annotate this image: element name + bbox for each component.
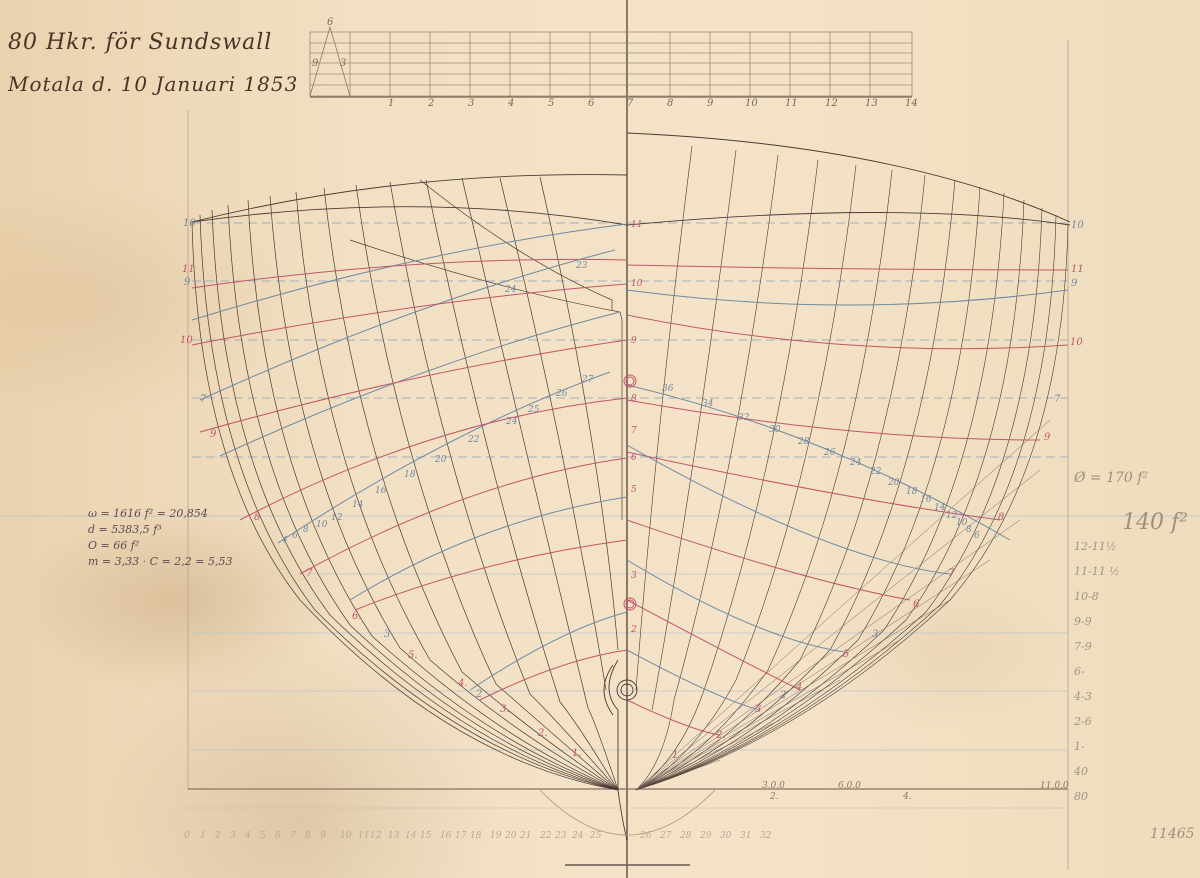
svg-text:21: 21 [519,831,531,841]
svg-text:28: 28 [679,831,692,841]
svg-text:27: 27 [581,375,594,385]
svg-text:3: 3 [755,704,761,715]
svg-text:20: 20 [504,831,517,841]
svg-text:10: 10 [183,218,196,229]
svg-text:4: 4 [281,536,288,546]
svg-text:26: 26 [555,389,568,399]
svg-text:3.0.0: 3.0.0 [762,781,785,791]
svg-text:6: 6 [327,17,334,28]
offset-item: 9-9 [1074,609,1120,634]
svg-text:11: 11 [358,831,369,841]
svg-text:27: 27 [659,831,672,841]
svg-text:7: 7 [1054,394,1061,405]
svg-text:31: 31 [740,831,751,841]
svg-text:12: 12 [825,98,838,109]
svg-text:9: 9 [312,58,319,69]
svg-text:2: 2 [214,831,221,841]
offset-item: 10-8 [1074,584,1120,609]
svg-text:3: 3 [872,629,878,640]
svg-text:9: 9 [631,336,637,346]
svg-text:3: 3 [468,98,474,109]
svg-text:11: 11 [182,264,195,275]
right-diagonal-marks: 363432 302826 242220 181614 12108 6 [662,384,980,541]
svg-text:10: 10 [1071,220,1084,231]
svg-text:11: 11 [1071,264,1084,275]
svg-text:8: 8 [254,512,260,523]
svg-text:10: 10 [1070,337,1083,348]
svg-text:24: 24 [504,285,517,295]
offset-item: 11-11 ½ [1074,559,1120,584]
svg-text:28: 28 [797,437,810,447]
svg-text:24: 24 [505,417,518,427]
sheer-lines [192,133,1070,225]
svg-text:11.0.0: 11.0.0 [1040,781,1069,791]
svg-text:2: 2 [475,689,482,700]
svg-text:1: 1 [388,98,394,109]
svg-text:6: 6 [292,531,298,541]
svg-text:34: 34 [702,399,714,409]
svg-text:24: 24 [849,458,862,468]
svg-text:10: 10 [340,831,352,841]
svg-text:1: 1 [672,750,678,761]
note-displacement-area: ω = 1616 f² = 20,854 [88,506,232,522]
right-radial-lines [636,420,1050,790]
svg-text:8: 8 [998,512,1004,523]
svg-text:2: 2 [779,690,786,701]
svg-text:8: 8 [631,394,637,404]
left-station-lines [192,177,622,790]
svg-text:11: 11 [631,220,642,230]
note-displacement-volume: d = 5383,5 f³ [88,522,232,538]
calculation-notes: ω = 1616 f² = 20,854 d = 5383,5 f³ O = 6… [88,506,232,570]
svg-text:9: 9 [1044,432,1051,443]
svg-text:6: 6 [974,531,980,541]
svg-text:10: 10 [745,98,758,109]
svg-text:5: 5 [843,649,849,660]
offset-item: 1- [1074,734,1120,759]
svg-text:3.: 3. [500,704,510,715]
svg-text:5: 5 [631,485,637,495]
svg-text:5: 5 [260,831,266,841]
svg-text:32: 32 [738,413,750,423]
svg-text:22: 22 [539,831,552,841]
note-metacenter: m = 3,33 · C = 2,2 = 5,53 [88,554,232,570]
svg-text:9: 9 [210,429,217,440]
svg-text:10: 10 [316,520,328,530]
svg-text:7: 7 [290,831,296,841]
svg-text:5.: 5. [408,650,418,661]
note-area: O = 66 f² [88,538,232,554]
svg-text:16: 16 [920,495,932,505]
svg-text:10: 10 [180,335,193,346]
offset-item: 12-11½ [1074,534,1120,559]
svg-text:2: 2 [427,98,434,109]
svg-text:18: 18 [404,470,416,480]
svg-text:19: 19 [490,831,502,841]
svg-text:18: 18 [906,487,918,497]
svg-text:7: 7 [627,98,634,109]
svg-text:6: 6 [913,599,920,610]
offset-item: 6- [1074,659,1120,684]
svg-text:8: 8 [667,98,673,109]
svg-text:23: 23 [554,831,567,841]
svg-text:13: 13 [388,831,400,841]
offset-item: 7-9 [1074,634,1120,659]
svg-text:25: 25 [589,831,602,841]
svg-text:3: 3 [631,571,637,581]
svg-text:6.: 6. [352,611,362,622]
svg-text:12: 12 [331,513,343,523]
baseline-labels: 3.0.0 2. 6.0.0 4. 11.0.0 [762,781,1069,802]
svg-text:16: 16 [375,486,387,496]
svg-text:1.: 1. [572,748,582,759]
svg-text:13: 13 [865,98,878,109]
svg-text:4.: 4. [457,678,468,689]
svg-text:22: 22 [467,435,480,445]
svg-text:3: 3 [230,831,236,841]
margin-offset-list: 12-11½ 11-11 ½ 10-8 9-9 7-9 6- 4-3 2-6 1… [1074,534,1120,809]
svg-text:2.: 2. [537,728,548,739]
offset-item: 4-3 [1074,684,1120,709]
offset-item: 40 [1074,759,1120,784]
svg-text:3: 3 [340,58,346,69]
svg-text:17: 17 [455,831,467,841]
svg-text:6: 6 [275,831,281,841]
svg-text:6: 6 [588,98,595,109]
svg-text:30: 30 [720,831,732,841]
svg-text:9: 9 [707,98,714,109]
svg-text:9: 9 [320,831,326,841]
svg-text:20: 20 [434,455,447,465]
svg-text:7: 7 [200,394,207,405]
offset-item: 2-6 [1074,709,1120,734]
body-plan-drawing: 123 456 789 101112 1314 693 [0,0,1200,878]
svg-text:9: 9 [1071,278,1078,289]
svg-text:6: 6 [631,453,637,463]
svg-text:14: 14 [405,831,417,841]
svg-text:18: 18 [470,831,482,841]
svg-text:20: 20 [887,478,900,488]
svg-text:8: 8 [966,525,972,535]
scale-bar [310,27,912,97]
centerline-numbers: 11109 876 532 [630,220,643,635]
svg-text:2.: 2. [769,792,779,802]
margin-note-area: 140 f² [1122,510,1188,535]
svg-text:10: 10 [631,279,643,289]
svg-text:26: 26 [639,831,652,841]
svg-text:7: 7 [306,568,313,579]
svg-text:7: 7 [631,426,637,436]
svg-text:3: 3 [384,629,390,640]
offset-item: 80 [1074,784,1120,809]
svg-text:6.0.0: 6.0.0 [838,781,861,791]
svg-text:24: 24 [571,831,584,841]
svg-text:9: 9 [184,277,191,288]
margin-note-total: 11465 [1150,826,1195,842]
svg-text:32: 32 [760,831,772,841]
svg-text:2.: 2. [715,730,726,741]
svg-text:4: 4 [507,98,514,109]
svg-text:1: 1 [200,831,206,841]
svg-text:12: 12 [370,831,382,841]
svg-text:4: 4 [244,831,251,841]
svg-text:15: 15 [420,831,432,841]
svg-text:14: 14 [352,500,364,510]
svg-text:14: 14 [905,98,918,109]
margin-note-displacement: Ø = 170 f² [1074,470,1148,486]
svg-text:25: 25 [527,405,540,415]
svg-text:36: 36 [662,384,674,394]
svg-text:8: 8 [305,831,311,841]
svg-text:30: 30 [769,425,781,435]
svg-text:29: 29 [699,831,712,841]
svg-text:2: 2 [630,625,637,635]
svg-text:4.: 4. [795,682,806,693]
svg-text:0: 0 [184,831,190,841]
waterlines [192,223,1068,457]
svg-text:8: 8 [303,525,309,535]
svg-text:4.: 4. [902,792,912,802]
svg-text:26: 26 [823,448,836,458]
svg-text:22: 22 [869,467,882,477]
svg-text:23: 23 [575,261,588,271]
svg-text:16: 16 [440,831,452,841]
svg-text:5: 5 [548,98,554,109]
left-diagonals [192,224,627,700]
frame-lines [0,40,1200,870]
svg-text:11: 11 [785,98,798,109]
svg-text:14: 14 [934,503,946,513]
svg-text:7: 7 [948,568,955,579]
